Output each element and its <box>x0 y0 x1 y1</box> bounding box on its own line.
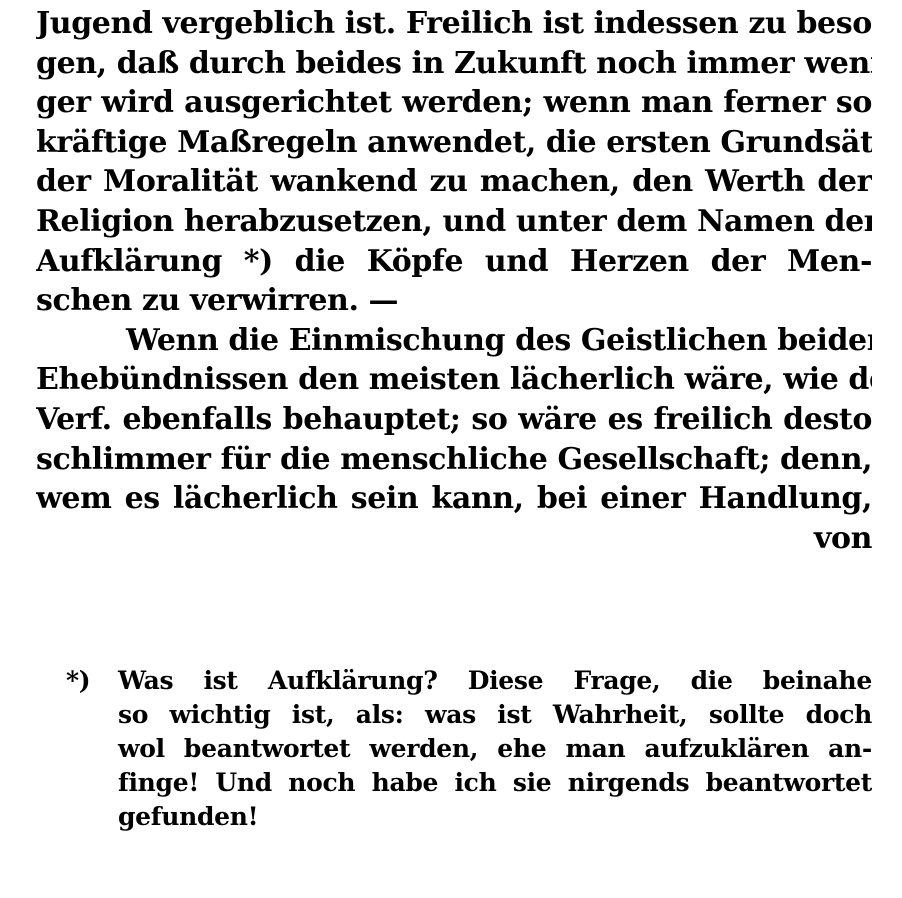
text-line: Religion herabzusetzen, und unter dem Na… <box>36 202 872 242</box>
footnote-line: gefunden! <box>66 800 872 834</box>
text-line: Ehebündnissen den meisten lächerlich wär… <box>36 360 872 400</box>
text-line: Verf. ebenfalls behauptet; so wäre es fr… <box>36 400 872 440</box>
text-line: der Moralität wankend zu machen, den Wer… <box>36 162 872 202</box>
footnote-line: *)Was ist Aufklärung? Diese Frage, die b… <box>66 664 872 698</box>
text-line: schlimmer für die menschliche Gesellscha… <box>36 440 872 480</box>
footnote-line-text: Was ist Aufklärung? Diese Frage, die bei… <box>118 666 872 695</box>
text-line: gen, daß durch beides in Zukunft noch im… <box>36 44 872 84</box>
footnote-line: wol beantwortet werden, ehe man aufzuklä… <box>66 732 872 766</box>
text-line: Jugend vergeblich ist. Freilich ist inde… <box>36 4 872 44</box>
text-line: Aufklärung *) die Köpfe und Herzen der M… <box>36 242 872 282</box>
footnote-line: finge! Und noch habe ich sie nirgends be… <box>66 766 872 800</box>
footnote-marker: *) <box>66 664 118 698</box>
main-text-block: Jugend vergeblich ist. Freilich ist inde… <box>36 4 872 558</box>
paragraph-start-line: Wenn die Einmischung des Geistlichen bei… <box>36 321 872 361</box>
catchword: von <box>36 519 872 559</box>
footnote-block: *)Was ist Aufklärung? Diese Frage, die b… <box>66 664 872 834</box>
text-line: kräftige Maßregeln anwendet, die ersten … <box>36 123 872 163</box>
scanned-page: Jugend vergeblich ist. Freilich ist inde… <box>0 0 902 898</box>
text-line: ger wird ausgerichtet werden; wenn man f… <box>36 83 872 123</box>
text-line: wem es lächerlich sein kann, bei einer H… <box>36 479 872 519</box>
footnote-line: so wichtig ist, als: was ist Wahrheit, s… <box>66 698 872 732</box>
text-line: schen zu verwirren. — <box>36 281 872 321</box>
